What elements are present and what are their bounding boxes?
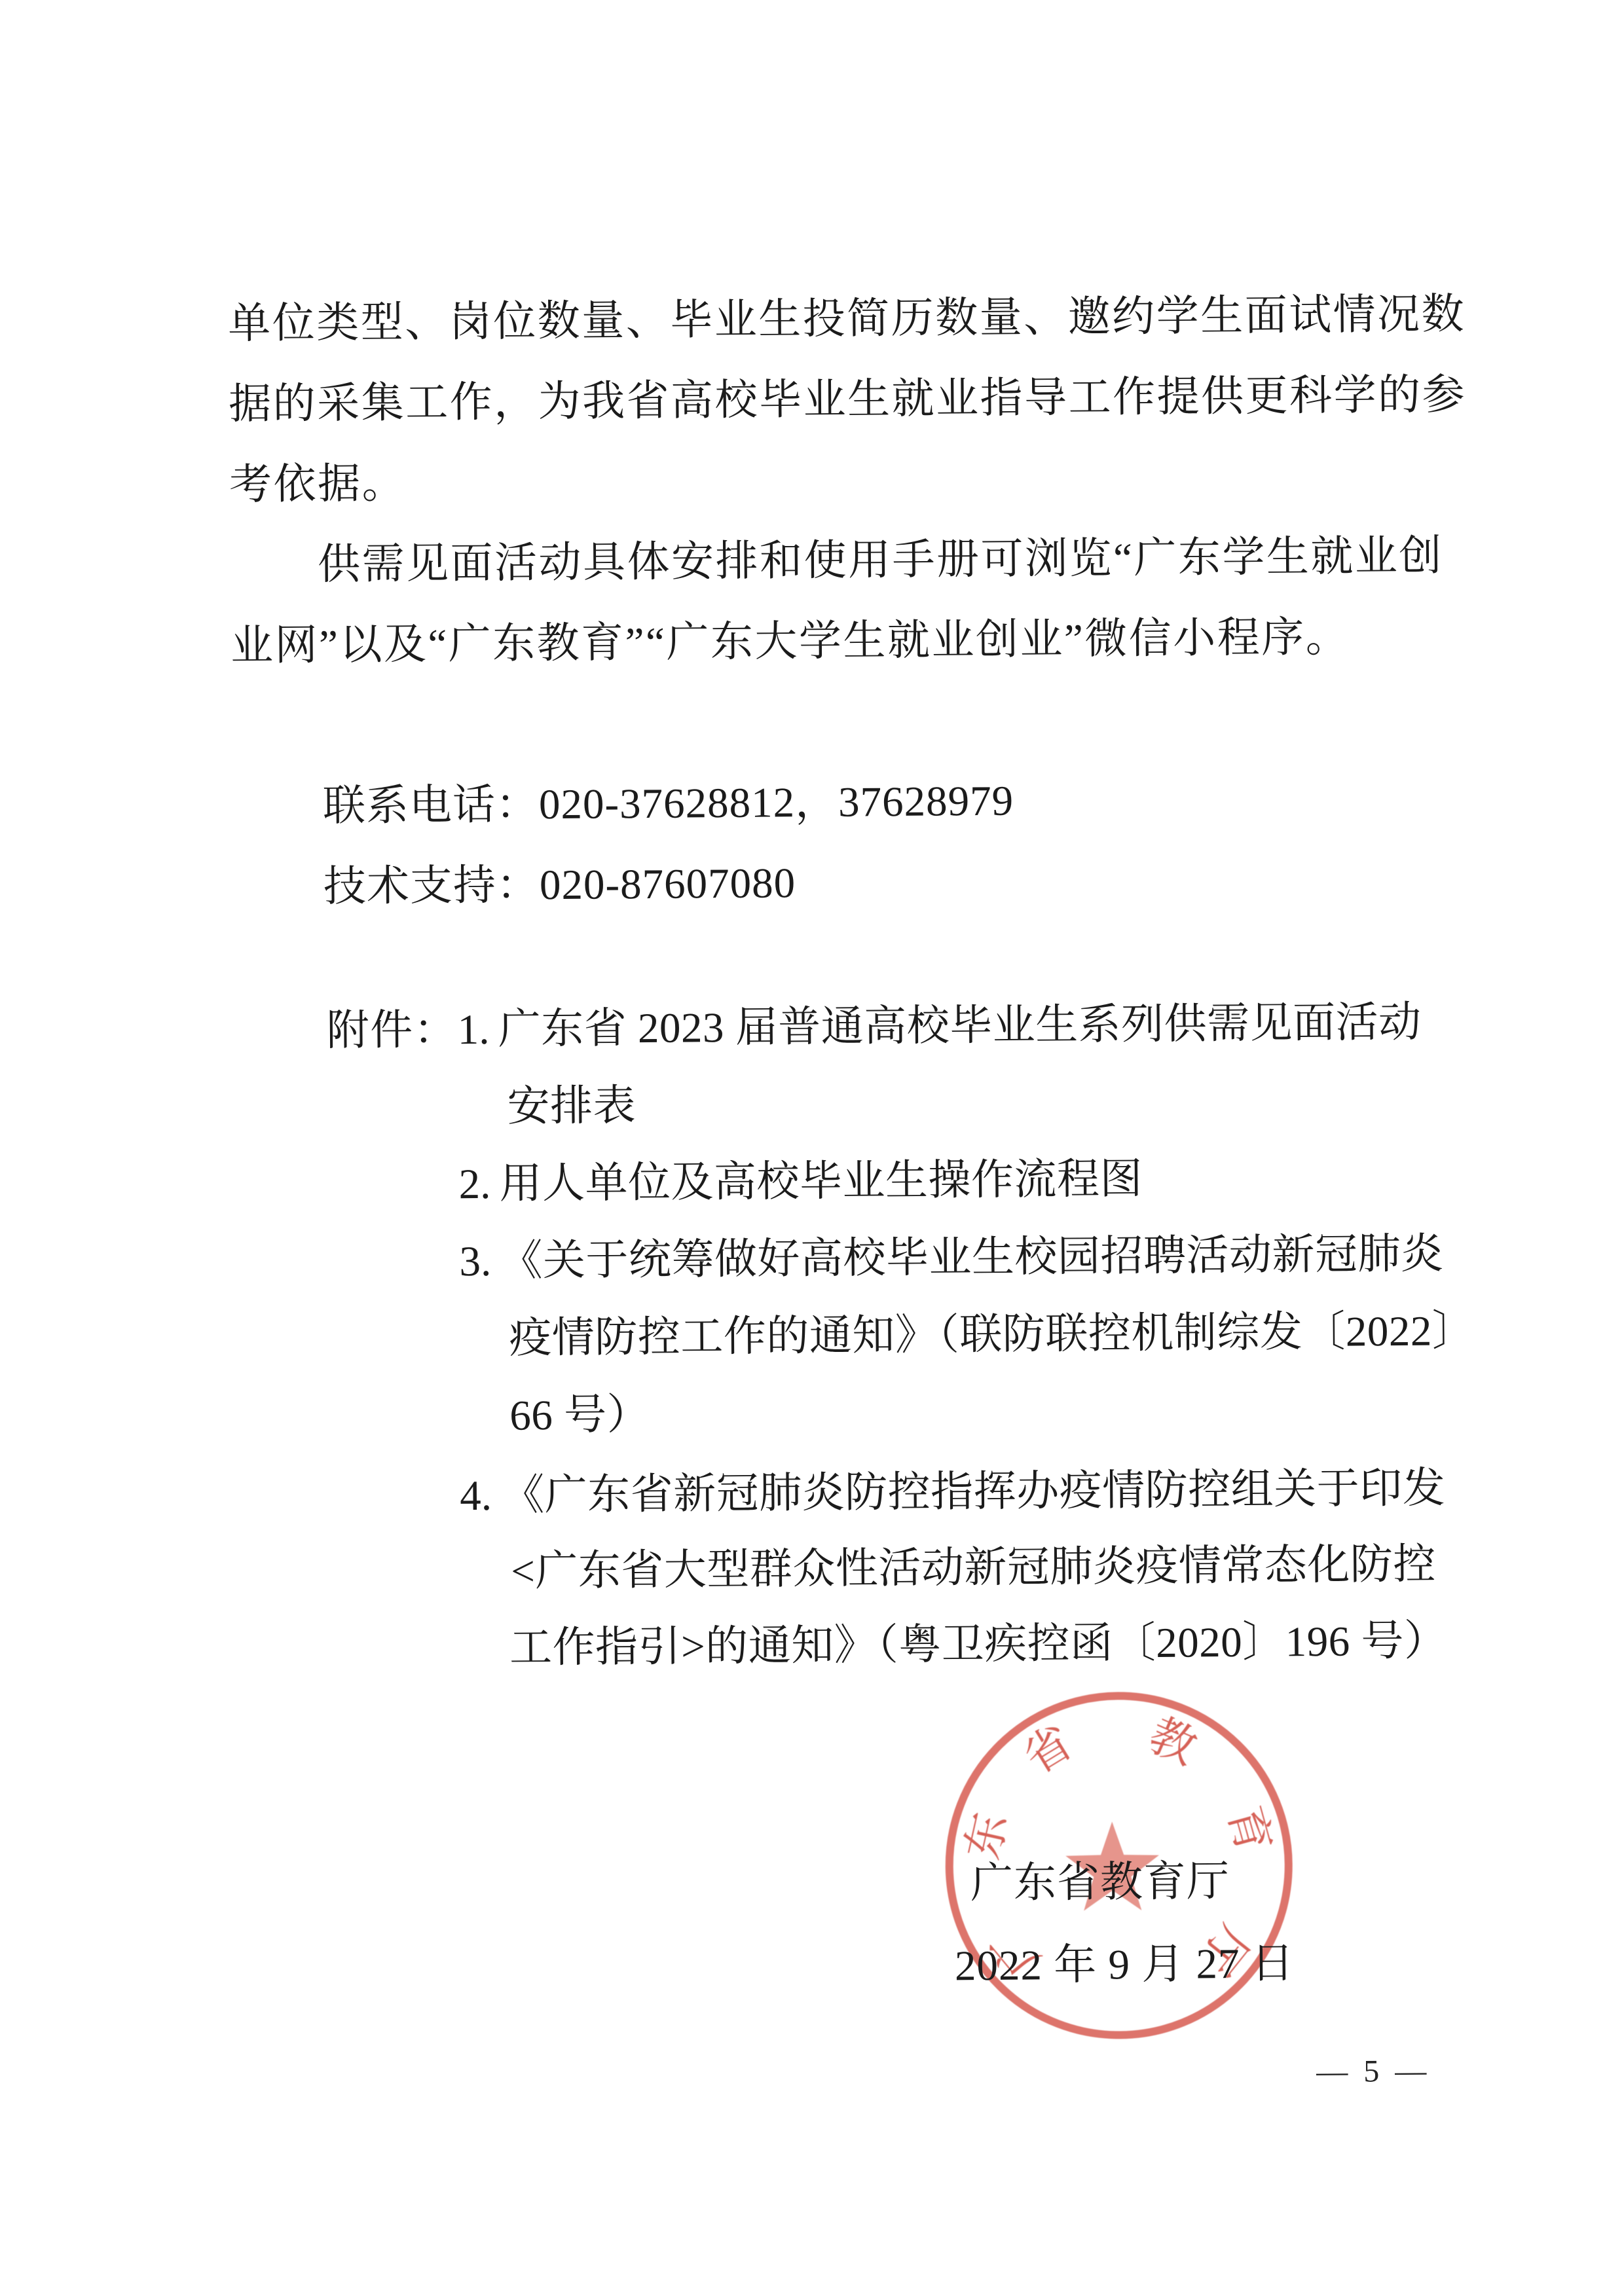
attachment-item-line: 66 号）: [509, 1393, 650, 1438]
body-paragraph-2: 供需见面活动具体安排和使用手册可浏览“广东学生就业创 业网”以及“广东教育”“广…: [0, 0, 1621, 2]
attachment-item-line: <广东省大型群众性活动新冠肺炎疫情常态化防控: [511, 1543, 1436, 1594]
attachment-item-number: 4.: [460, 1474, 492, 1518]
contact-block: 联系电话：020-37628812，37628979 技术支持：020-8760…: [0, 0, 1621, 2]
body-paragraph-1: 单位类型、岗位数量、毕业生投简历数量、邀约学生面试情况数 据的采集工作，为我省高…: [0, 0, 1621, 2]
attachment-item-line: 《广东省新冠肺炎防控指挥办疫情防控组关于印发: [502, 1467, 1445, 1517]
body-line: 单位类型、岗位数量、毕业生投简历数量、邀约学生面试情况数: [228, 293, 1466, 346]
signature-organization: 广东省教育厅: [970, 1846, 1230, 1910]
document-page: 单位类型、岗位数量、毕业生投简历数量、邀约学生面试情况数 据的采集工作，为我省高…: [0, 0, 1624, 2296]
tech-support-line: 技术支持：020-87607080: [323, 862, 796, 909]
body-line: 考依据。: [229, 462, 407, 507]
signature-date: 2022 年 9 月 27 日: [955, 1928, 1295, 1992]
attachment-item-line: 疫情防控工作的通知》（联防联控机制综发〔2022〕: [509, 1309, 1475, 1360]
attachment-item-line: 安排表: [507, 1084, 636, 1129]
body-line: 据的采集工作，为我省高校毕业生就业指导工作提供更科学的参: [229, 373, 1466, 426]
body-line: 业网”以及“广东教育”“广东大学生就业创业”微信小程序。: [231, 616, 1350, 668]
attachment-item-number: 1.: [457, 1008, 489, 1051]
attachment-label: 附件：: [326, 1008, 457, 1053]
attachments-block: 附件： 1. 广东省 2023 届普通高校毕业生系列供需见面活动 安排表 2. …: [0, 0, 1621, 2]
attachment-item-line: 《关于统筹做好高校毕业生校园招聘活动新冠肺炎: [500, 1232, 1443, 1283]
attachment-item-line: 工作指引>的通知》（粤卫疾控函〔2020〕196 号）: [509, 1619, 1447, 1669]
contact-phone-line: 联系电话：020-37628812，37628979: [323, 780, 1014, 828]
attachment-item-line: 用人单位及高校毕业生操作流程图: [499, 1157, 1143, 1206]
attachment-item-number: 2.: [458, 1163, 490, 1206]
body-line: 供需见面活动具体安排和使用手册可浏览“广东学生就业创: [318, 534, 1443, 586]
page-number: — 5 —: [1316, 2054, 1426, 2089]
attachment-item-number: 3.: [459, 1240, 491, 1283]
attachment-item-line: 广东省 2023 届普通高校毕业生系列供需见面活动: [498, 1001, 1421, 1051]
